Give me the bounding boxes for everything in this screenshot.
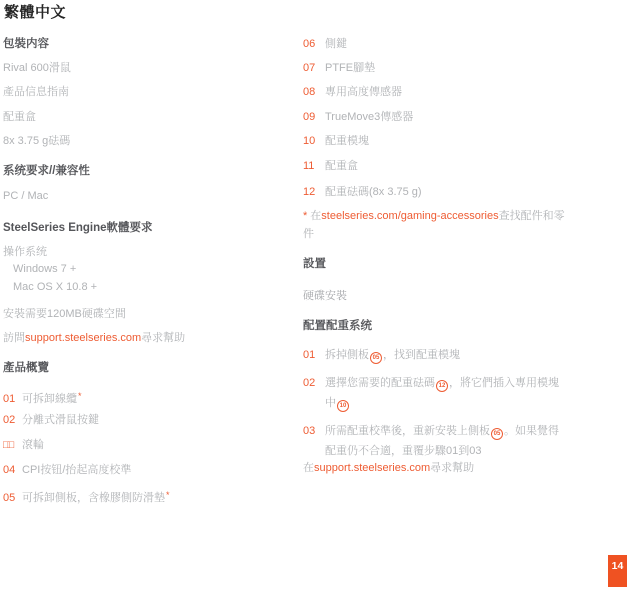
packaging-item: 配重盒 xyxy=(3,110,36,125)
item-number: 08 xyxy=(303,85,325,100)
ref-badge: 10 xyxy=(337,400,349,412)
step-row: 03 所需配重校準後，重新安裝上側板05。如果覺得配重仍不合適，重覆步驟01到0… xyxy=(303,421,567,461)
support-line-prefix: 在 xyxy=(303,462,314,474)
os-label: 操作系统 xyxy=(3,245,47,260)
item-label: 可拆卸側板，含橡膠側防滑墊 xyxy=(22,492,165,504)
section-heading-engine: SteelSeries Engine軟體要求 xyxy=(3,221,153,236)
overview-item: 11配重盒 xyxy=(303,159,358,174)
footnote-asterisk: * xyxy=(78,391,82,401)
step-number: 02 xyxy=(303,373,325,413)
packaging-item: 8x 3.75 g砝碼 xyxy=(3,134,70,149)
item-number: 04 xyxy=(3,463,22,478)
step-text: 所需配重校準後，重新安裝上側板05。如果覺得配重仍不合適，重覆步驟01到03 xyxy=(325,421,567,461)
item-number: 09 xyxy=(303,110,325,125)
item-number: 05 xyxy=(3,491,22,506)
step-text: 選擇您需要的配重砝碼12，將它們插入專用模塊中10 xyxy=(325,373,567,413)
step-text: 拆掉側板05，找到配重模塊 xyxy=(325,345,567,365)
item-number: 01 xyxy=(3,392,22,407)
support-link[interactable]: support.steelseries.com xyxy=(314,462,430,474)
missing-glyph-boxes: □□ xyxy=(3,438,22,453)
manual-page: 繁體中文 包裝内容 Rival 600滑鼠 產品信息指南 配重盒 8x 3.75… xyxy=(0,0,627,590)
step-number: 01 xyxy=(303,345,325,365)
item-label: 配重盒 xyxy=(325,160,358,172)
item-label: PTFE腳墊 xyxy=(325,62,375,74)
overview-item: □□滾輪 xyxy=(3,438,44,453)
overview-item: 01可拆卸線纜* xyxy=(3,389,82,407)
footnote-asterisk: * xyxy=(303,210,307,222)
item-number: 02 xyxy=(3,413,22,428)
item-label: 配重模塊 xyxy=(325,135,369,147)
ref-badge: 05 xyxy=(491,428,503,440)
system-compatibility-item: PC / Mac xyxy=(3,189,48,204)
footnote-prefix: 在 xyxy=(310,210,321,222)
item-label: 可拆卸線纜 xyxy=(22,393,77,405)
footnote-asterisk: * xyxy=(166,490,170,500)
step-row: 01 拆掉側板05，找到配重模塊 xyxy=(303,345,567,365)
overview-item: 05可拆卸側板，含橡膠側防滑墊* xyxy=(3,488,170,506)
os-item: Mac OS X 10.8 + xyxy=(13,280,97,295)
support-link[interactable]: support.steelseries.com xyxy=(25,332,141,344)
section-heading-packaging: 包裝内容 xyxy=(3,37,49,52)
packaging-item: 產品信息指南 xyxy=(3,85,69,100)
support-line: 在support.steelseries.com尋求幫助 xyxy=(303,461,474,476)
item-number: 12 xyxy=(303,185,325,200)
support-line-suffix: 尋求幫助 xyxy=(141,332,185,344)
page-number-box: 14 xyxy=(608,555,627,587)
overview-item: 09TrueMove3傳感器 xyxy=(303,110,413,125)
disk-space-note: 安裝需要120MB硬碟空間 xyxy=(3,307,126,322)
support-line-prefix: 訪問 xyxy=(3,332,25,344)
item-number: 10 xyxy=(303,134,325,149)
accessories-footnote: *在steelseries.com/gaming-accessories查找配件… xyxy=(303,207,567,243)
item-label: 滾輪 xyxy=(22,439,44,451)
overview-item: 10配重模塊 xyxy=(303,134,369,149)
section-heading-setup: 設置 xyxy=(303,257,326,272)
section-heading-product-overview: 產品概覽 xyxy=(3,361,49,376)
ref-badge: 12 xyxy=(436,380,448,392)
item-label: TrueMove3傳感器 xyxy=(325,111,413,123)
overview-item: 08專用高度傳感器 xyxy=(303,85,402,100)
step-row: 02 選擇您需要的配重砝碼12，將它們插入專用模塊中10 xyxy=(303,373,567,413)
section-heading-weight-system: 配置配重系统 xyxy=(303,319,372,334)
os-item: Windows 7 + xyxy=(13,262,76,277)
page-number: 14 xyxy=(612,560,624,572)
item-label: 配重砝碼(8x 3.75 g) xyxy=(325,186,422,198)
step-number: 03 xyxy=(303,421,325,461)
item-label: 專用高度傳感器 xyxy=(325,86,402,98)
overview-item: 02分離式滑鼠按鍵 xyxy=(3,413,99,428)
item-number: 11 xyxy=(303,159,325,174)
overview-item: 04CPI按钮/抬起高度校準 xyxy=(3,463,131,478)
packaging-item: Rival 600滑鼠 xyxy=(3,61,71,76)
item-label: 側鍵 xyxy=(325,38,347,50)
section-heading-system-requirements: 系统要求//兼容性 xyxy=(3,164,90,179)
subsection-hdd-install: 硬碟安裝 xyxy=(303,289,347,304)
item-label: 分離式滑鼠按鍵 xyxy=(22,414,99,426)
ref-badge: 05 xyxy=(370,352,382,364)
item-number: 06 xyxy=(303,37,325,52)
overview-item: 07PTFE腳墊 xyxy=(303,61,375,76)
page-title: 繁體中文 xyxy=(4,1,66,22)
overview-item: 06側鍵 xyxy=(303,37,347,52)
support-line: 訪問support.steelseries.com尋求幫助 xyxy=(3,331,185,346)
item-number: 07 xyxy=(303,61,325,76)
item-label: CPI按钮/抬起高度校準 xyxy=(22,464,131,476)
overview-item: 12配重砝碼(8x 3.75 g) xyxy=(303,185,422,200)
support-line-suffix: 尋求幫助 xyxy=(430,462,474,474)
accessories-link[interactable]: steelseries.com/gaming-accessories xyxy=(321,210,498,222)
